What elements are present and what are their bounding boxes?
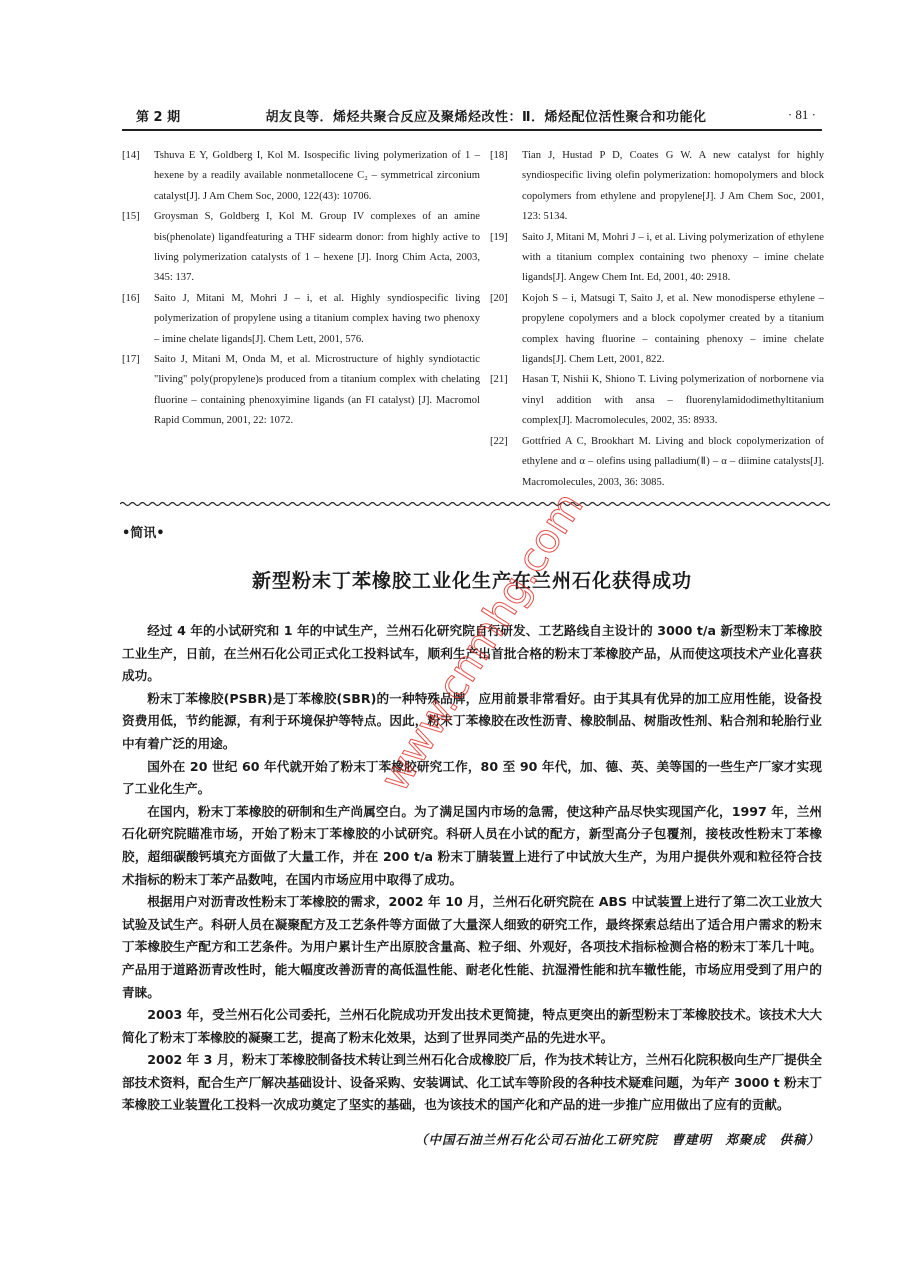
page-number: · 81 · xyxy=(756,107,816,123)
header-rule xyxy=(122,129,822,131)
wavy-divider xyxy=(120,500,830,508)
article-byline: （中国石油兰州石化公司石油化工研究院 曹建明 郑聚成 供稿） xyxy=(122,1130,820,1148)
paragraph: 2002 年 3 月，粉末丁苯橡胶制备技术转让到兰州石化合成橡胶厂后，作为技术转… xyxy=(122,1049,822,1117)
issue-number: 第 2 期 xyxy=(136,106,216,125)
running-title: 胡友良等．烯烃共聚合反应及聚烯烃改性：Ⅱ．烯烃配位活性聚合和功能化 xyxy=(216,106,756,125)
references-right-column: [18]Tian J, Hustad P D, Coates G W. A ne… xyxy=(490,146,824,493)
paragraph: 经过 4 年的小试研究和 1 年的中试生产，兰州石化研究院自行研发、工艺路线自主… xyxy=(122,620,822,688)
reference-item: [14]Tshuva E Y, Goldberg I, Kol M. Isosp… xyxy=(122,146,480,207)
running-header: 第 2 期 胡友良等．烯烃共聚合反应及聚烯烃改性：Ⅱ．烯烃配位活性聚合和功能化 … xyxy=(136,104,816,126)
reference-item: [19]Saito J, Mitani M, Mohri J – i, et a… xyxy=(490,228,824,289)
paragraph: 2003 年，受兰州石化公司委托，兰州石化院成功开发出技术更简捷，特点更突出的新… xyxy=(122,1004,822,1049)
paragraph: 在国内，粉末丁苯橡胶的研制和生产尚属空白。为了满足国内市场的急需，使这种产品尽快… xyxy=(122,801,822,891)
section-tag: •简讯• xyxy=(122,522,165,541)
journal-page: 第 2 期 胡友良等．烯烃共聚合反应及聚烯烃改性：Ⅱ．烯烃配位活性聚合和功能化 … xyxy=(0,0,904,1262)
reference-item: [17]Saito J, Mitani M, Onda M, et al. Mi… xyxy=(122,350,480,432)
paragraph: 根据用户对沥青改性粉末丁苯橡胶的需求，2002 年 10 月，兰州石化研究院在 … xyxy=(122,891,822,1004)
article-title: 新型粉末丁苯橡胶工业化生产在兰州石化获得成功 xyxy=(122,566,822,593)
reference-item: [16]Saito J, Mitani M, Mohri J – i, et a… xyxy=(122,289,480,350)
reference-item: [20]Kojoh S – i, Matsugi T, Saito J, et … xyxy=(490,289,824,371)
references-left-column: [14]Tshuva E Y, Goldberg I, Kol M. Isosp… xyxy=(122,146,480,432)
paragraph: 国外在 20 世纪 60 年代就开始了粉末丁苯橡胶研究工作，80 至 90 年代… xyxy=(122,756,822,801)
reference-item: [22]Gottfried A C, Brookhart M. Living a… xyxy=(490,432,824,493)
reference-item: [21]Hasan T, Nishii K, Shiono T. Living … xyxy=(490,370,824,431)
paragraph: 粉末丁苯橡胶(PSBR)是丁苯橡胶(SBR)的一种特殊品牌，应用前景非常看好。由… xyxy=(122,688,822,756)
reference-item: [15]Groysman S, Goldberg I, Kol M. Group… xyxy=(122,207,480,289)
reference-item: [18]Tian J, Hustad P D, Coates G W. A ne… xyxy=(490,146,824,228)
article-body: 经过 4 年的小试研究和 1 年的中试生产，兰州石化研究院自行研发、工艺路线自主… xyxy=(122,620,822,1117)
